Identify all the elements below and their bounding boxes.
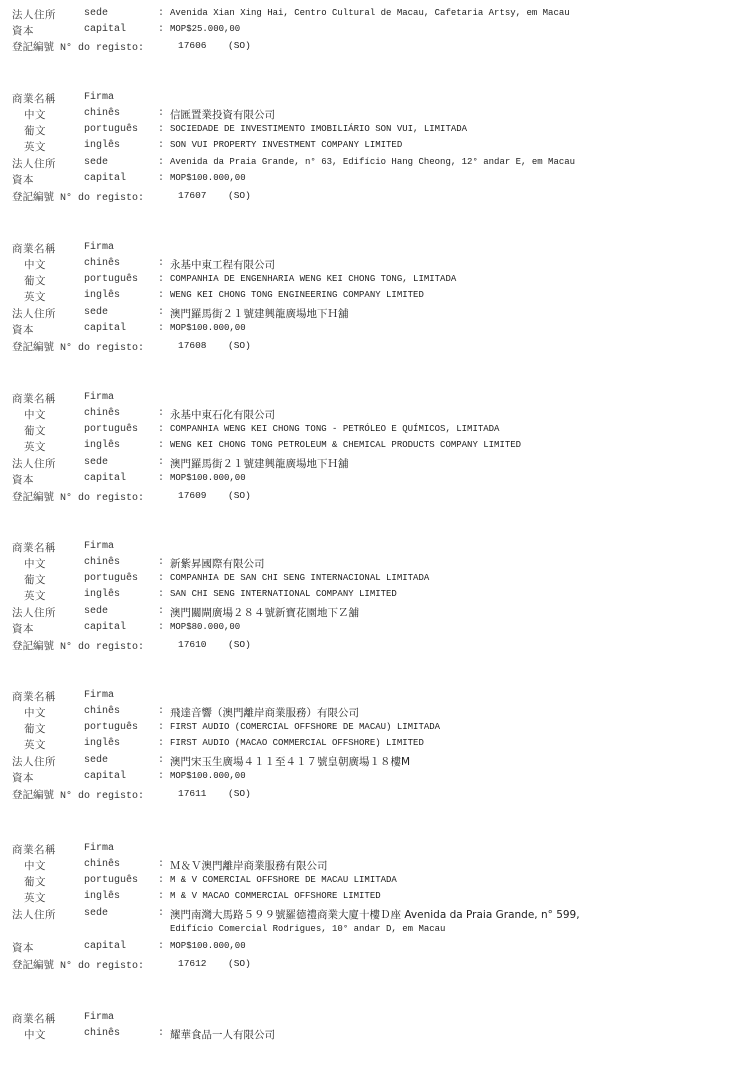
portugues-row: 葡文 português : COMPANHIA WENG KEI CHONG … (0, 422, 732, 438)
registo-row: 登記編號 N° do registo: 17612 (SO) (0, 956, 732, 972)
sede-row: 法人住所 sede : 澳門羅馬街２１號建興龍廣場地下Ｈ舖 (0, 305, 732, 321)
portugues-label-pt: português (84, 124, 138, 135)
portugues-label-zh: 葡文 (24, 273, 46, 288)
chines-value: 新紫昇國際有限公司 (170, 556, 265, 571)
capital-value: MOP$100.000,00 (170, 323, 246, 333)
chines-value: 信匯置業投資有限公司 (170, 107, 275, 122)
registo-suffix: (SO) (228, 788, 251, 799)
registo-number: 17612 (178, 958, 207, 969)
registo-label: 登記編號 N° do registo: (12, 787, 144, 802)
portugues-value: COMPANHIA DE ENGENHARIA WENG KEI CHONG T… (170, 274, 456, 284)
sede-row: 法人住所 sede : 澳門羅馬街２１號建興龍廣場地下Ｈ舖 (0, 455, 732, 471)
chines-label-pt: chinês (84, 258, 120, 269)
registo-label: 登記編號 N° do registo: (12, 189, 144, 204)
firma-label-zh: 商業名稱 (12, 91, 56, 106)
capital-row: 資本 capital : MOP$100.000,00 (0, 939, 732, 955)
colon: : (158, 908, 164, 919)
colon: : (158, 606, 164, 617)
registo-label-zh: 登記編號 (12, 41, 54, 53)
portugues-row: 葡文 português : SOCIEDADE DE INVESTIMENTO… (0, 122, 732, 138)
colon: : (158, 557, 164, 568)
ingles-label-pt: inglês (84, 440, 120, 451)
chines-label-zh: 中文 (24, 705, 46, 720)
chines-value: 永基中東工程有限公司 (170, 257, 275, 272)
colon: : (158, 307, 164, 318)
sede-row: 法人住所 sede : 澳門關閘廣場２８４號新寶花園地下Ｚ舖 (0, 604, 732, 620)
capital-label-zh: 資本 (12, 472, 34, 487)
capital-label-pt: capital (84, 173, 126, 184)
capital-value: MOP$100.000,00 (170, 771, 246, 781)
ingles-row: 英文 inglês : M & V MACAO COMMERCIAL OFFSH… (0, 889, 732, 905)
ingles-label-pt: inglês (84, 589, 120, 600)
colon: : (158, 274, 164, 285)
colon: : (158, 440, 164, 451)
firma-row: 商業名稱 Firma (0, 390, 732, 406)
registo-suffix: (SO) (228, 639, 251, 650)
firma-label-pt: Firma (84, 392, 114, 403)
firma-row: 商業名稱 Firma (0, 539, 732, 555)
capital-row: 資本 capital : MOP$80.000,00 (0, 620, 732, 636)
sede-value: 澳門關閘廣場２８４號新寶花園地下Ｚ舖 (170, 605, 359, 620)
capital-label-pt: capital (84, 941, 126, 952)
firma-label-pt: Firma (84, 1012, 114, 1023)
colon: : (158, 1028, 164, 1039)
ingles-row: 英文 inglês : SON VUI PROPERTY INVESTMENT … (0, 138, 732, 154)
firma-label-zh: 商業名稱 (12, 241, 56, 256)
registo-label-pt: N° do registo: (60, 961, 144, 972)
registo-label-pt: N° do registo: (60, 43, 144, 54)
portugues-label-pt: português (84, 274, 138, 285)
sede-label-pt: sede (84, 157, 108, 168)
colon: : (158, 771, 164, 782)
colon: : (158, 408, 164, 419)
registo-label: 登記編號 N° do registo: (12, 957, 144, 972)
capital-label-zh: 資本 (12, 23, 34, 38)
chines-label-pt: chinês (84, 108, 120, 119)
ingles-label-pt: inglês (84, 140, 120, 151)
registo-label-pt: N° do registo: (60, 343, 144, 354)
sede-value: Avenida Xian Xing Hai, Centro Cultural d… (170, 8, 570, 18)
capital-label-zh: 資本 (12, 770, 34, 785)
ingles-value: WENG KEI CHONG TONG ENGINEERING COMPANY … (170, 290, 424, 300)
ingles-value: SON VUI PROPERTY INVESTMENT COMPANY LIMI… (170, 140, 402, 150)
colon: : (158, 457, 164, 468)
registo-number: 17610 (178, 639, 207, 650)
registo-label: 登記編號 N° do registo: (12, 339, 144, 354)
firma-label-pt: Firma (84, 92, 114, 103)
firma-label-pt: Firma (84, 843, 114, 854)
registo-row: 登記編號 N° do registo: 17611 (SO) (0, 786, 732, 802)
colon: : (158, 875, 164, 886)
firma-label-zh: 商業名稱 (12, 842, 56, 857)
capital-value: MOP$80.000,00 (170, 622, 240, 632)
firma-row: 商業名稱 Firma (0, 688, 732, 704)
registo-suffix: (SO) (228, 190, 251, 201)
ingles-label-zh: 英文 (24, 737, 46, 752)
capital-row: 資本 capital : MOP$100.000,00 (0, 769, 732, 785)
ingles-value: FIRST AUDIO (MACAO COMMERCIAL OFFSHORE) … (170, 738, 424, 748)
colon: : (158, 108, 164, 119)
firma-label-zh: 商業名稱 (12, 689, 56, 704)
sede-label-pt: sede (84, 908, 108, 919)
firma-row: 商業名稱 Firma (0, 1010, 732, 1026)
portugues-label-zh: 葡文 (24, 721, 46, 736)
registo-number: 17609 (178, 490, 207, 501)
ingles-value: M & V MACAO COMMERCIAL OFFSHORE LIMITED (170, 891, 381, 901)
sede-row: 法人住所 sede : Avenida da Praia Grande, n° … (0, 155, 732, 171)
registo-label-zh: 登記編號 (12, 191, 54, 203)
sede-label-pt: sede (84, 755, 108, 766)
sede-value: 澳門南灣大馬路５９９號羅德禮商業大廈十樓Ｄ座 Avenida da Praia … (170, 907, 580, 922)
capital-label-zh: 資本 (12, 940, 34, 955)
chines-row: 中文 chinês : 耀華食品一人有限公司 (0, 1026, 732, 1042)
chines-label-zh: 中文 (24, 556, 46, 571)
sede-row: 法人住所 sede : Avenida Xian Xing Hai, Centr… (0, 6, 732, 22)
registo-label-pt: N° do registo: (60, 193, 144, 204)
chines-row: 中文 chinês : 永基中東石化有限公司 (0, 406, 732, 422)
capital-label-pt: capital (84, 323, 126, 334)
registo-label-zh: 登記編號 (12, 789, 54, 801)
ingles-value: SAN CHI SENG INTERNATIONAL COMPANY LIMIT… (170, 589, 397, 599)
chines-label-pt: chinês (84, 408, 120, 419)
ingles-row: 英文 inglês : WENG KEI CHONG TONG ENGINEER… (0, 288, 732, 304)
colon: : (158, 891, 164, 902)
portugues-value: FIRST AUDIO (COMERCIAL OFFSHORE DE MACAU… (170, 722, 440, 732)
chines-label-zh: 中文 (24, 1027, 46, 1042)
portugues-value: SOCIEDADE DE INVESTIMENTO IMOBILIÁRIO SO… (170, 124, 467, 134)
colon: : (158, 24, 164, 35)
capital-value: MOP$100.000,00 (170, 173, 246, 183)
colon: : (158, 157, 164, 168)
capital-label-zh: 資本 (12, 621, 34, 636)
registo-label-zh: 登記編號 (12, 640, 54, 652)
colon: : (158, 323, 164, 334)
sede-row: 法人住所 sede : 澳門南灣大馬路５９９號羅德禮商業大廈十樓Ｄ座 Aveni… (0, 906, 732, 922)
sede-label-zh: 法人住所 (12, 754, 56, 769)
firma-row: 商業名稱 Firma (0, 90, 732, 106)
capital-row: 資本 capital : MOP$100.000,00 (0, 471, 732, 487)
chines-row: 中文 chinês : 飛達音響（澳門離岸商業服務）有限公司 (0, 704, 732, 720)
capital-row: 資本 capital : MOP$100.000,00 (0, 171, 732, 187)
capital-label-pt: capital (84, 622, 126, 633)
portugues-label-pt: português (84, 722, 138, 733)
sede-label-pt: sede (84, 8, 108, 19)
capital-label-pt: capital (84, 473, 126, 484)
registo-suffix: (SO) (228, 958, 251, 969)
chines-row: 中文 chinês : Ｍ＆Ｖ澳門離岸商業服務有限公司 (0, 857, 732, 873)
registo-row: 登記編號 N° do registo: 17608 (SO) (0, 338, 732, 354)
capital-value: MOP$100.000,00 (170, 941, 246, 951)
colon: : (158, 722, 164, 733)
capital-value: MOP$25.000,00 (170, 24, 240, 34)
colon: : (158, 140, 164, 151)
firma-row: 商業名稱 Firma (0, 841, 732, 857)
capital-row: 資本 capital : MOP$25.000,00 (0, 22, 732, 38)
sede-continuation-row: Edifício Comercial Rodrigues, 10° andar … (0, 922, 732, 938)
capital-label-pt: capital (84, 771, 126, 782)
registo-row: 登記編號 N° do registo: 17606 (SO) (0, 38, 732, 54)
colon: : (158, 941, 164, 952)
capital-label-pt: capital (84, 24, 126, 35)
colon: : (158, 258, 164, 269)
chines-label-pt: chinês (84, 557, 120, 568)
registo-label: 登記編號 N° do registo: (12, 638, 144, 653)
colon: : (158, 473, 164, 484)
sede-value: 澳門羅馬街２１號建興龍廣場地下Ｈ舖 (170, 306, 349, 321)
colon: : (158, 290, 164, 301)
chines-label-zh: 中文 (24, 858, 46, 873)
ingles-row: 英文 inglês : WENG KEI CHONG TONG PETROLEU… (0, 438, 732, 454)
sede-label-zh: 法人住所 (12, 456, 56, 471)
registo-label-pt: N° do registo: (60, 791, 144, 802)
portugues-label-zh: 葡文 (24, 572, 46, 587)
registo-suffix: (SO) (228, 40, 251, 51)
sede-row: 法人住所 sede : 澳門宋玉生廣場４１１至４１７號皇朝廣場１８樓M (0, 753, 732, 769)
sede-label-zh: 法人住所 (12, 7, 56, 22)
sede-label-pt: sede (84, 457, 108, 468)
portugues-value: M & V COMERCIAL OFFSHORE DE MACAU LIMITA… (170, 875, 397, 885)
chines-row: 中文 chinês : 永基中東工程有限公司 (0, 256, 732, 272)
portugues-label-zh: 葡文 (24, 423, 46, 438)
ingles-label-pt: inglês (84, 290, 120, 301)
registo-row: 登記編號 N° do registo: 17610 (SO) (0, 637, 732, 653)
sede-label-zh: 法人住所 (12, 156, 56, 171)
colon: : (158, 573, 164, 584)
ingles-label-pt: inglês (84, 891, 120, 902)
ingles-row: 英文 inglês : FIRST AUDIO (MACAO COMMERCIA… (0, 736, 732, 752)
portugues-row: 葡文 português : FIRST AUDIO (COMERCIAL OF… (0, 720, 732, 736)
registo-label-zh: 登記編號 (12, 491, 54, 503)
ingles-label-zh: 英文 (24, 289, 46, 304)
registo-number: 17608 (178, 340, 207, 351)
chines-value: 耀華食品一人有限公司 (170, 1027, 275, 1042)
firma-label-pt: Firma (84, 541, 114, 552)
registo-number: 17606 (178, 40, 207, 51)
chines-label-pt: chinês (84, 706, 120, 717)
ingles-label-zh: 英文 (24, 588, 46, 603)
firma-label-zh: 商業名稱 (12, 1011, 56, 1026)
capital-label-zh: 資本 (12, 322, 34, 337)
chines-value: 飛達音響（澳門離岸商業服務）有限公司 (170, 705, 359, 720)
sede-label-pt: sede (84, 606, 108, 617)
chines-row: 中文 chinês : 信匯置業投資有限公司 (0, 106, 732, 122)
ingles-row: 英文 inglês : SAN CHI SENG INTERNATIONAL C… (0, 587, 732, 603)
sede-value: Avenida da Praia Grande, n° 63, Edifício… (170, 157, 575, 167)
sede-value: 澳門羅馬街２１號建興龍廣場地下Ｈ舖 (170, 456, 349, 471)
capital-value: MOP$100.000,00 (170, 473, 246, 483)
sede-label-zh: 法人住所 (12, 907, 56, 922)
registo-label: 登記編號 N° do registo: (12, 39, 144, 54)
portugues-row: 葡文 português : COMPANHIA DE SAN CHI SENG… (0, 571, 732, 587)
chines-label-zh: 中文 (24, 407, 46, 422)
portugues-label-pt: português (84, 573, 138, 584)
chines-label-zh: 中文 (24, 257, 46, 272)
registo-label-zh: 登記編號 (12, 959, 54, 971)
ingles-value: WENG KEI CHONG TONG PETROLEUM & CHEMICAL… (170, 440, 521, 450)
registry-page: 法人住所 sede : Avenida Xian Xing Hai, Centr… (0, 0, 732, 1065)
registo-label-zh: 登記編號 (12, 341, 54, 353)
registo-label: 登記編號 N° do registo: (12, 489, 144, 504)
ingles-label-zh: 英文 (24, 890, 46, 905)
ingles-label-zh: 英文 (24, 139, 46, 154)
sede-value-line2: Edifício Comercial Rodrigues, 10° andar … (170, 924, 445, 934)
colon: : (158, 859, 164, 870)
registo-suffix: (SO) (228, 490, 251, 501)
colon: : (158, 124, 164, 135)
registo-label-pt: N° do registo: (60, 493, 144, 504)
colon: : (158, 173, 164, 184)
colon: : (158, 738, 164, 749)
firma-label-pt: Firma (84, 690, 114, 701)
portugues-value: COMPANHIA DE SAN CHI SENG INTERNACIONAL … (170, 573, 429, 583)
capital-row: 資本 capital : MOP$100.000,00 (0, 321, 732, 337)
registo-number: 17611 (178, 788, 207, 799)
registo-suffix: (SO) (228, 340, 251, 351)
colon: : (158, 8, 164, 19)
chines-label-zh: 中文 (24, 107, 46, 122)
chines-label-pt: chinês (84, 1028, 120, 1039)
ingles-label-zh: 英文 (24, 439, 46, 454)
portugues-label-pt: português (84, 424, 138, 435)
firma-label-zh: 商業名稱 (12, 391, 56, 406)
sede-label-zh: 法人住所 (12, 306, 56, 321)
firma-label-zh: 商業名稱 (12, 540, 56, 555)
chines-value: 永基中東石化有限公司 (170, 407, 275, 422)
registo-label-pt: N° do registo: (60, 642, 144, 653)
firma-label-pt: Firma (84, 242, 114, 253)
colon: : (158, 622, 164, 633)
registo-number: 17607 (178, 190, 207, 201)
firma-row: 商業名稱 Firma (0, 240, 732, 256)
registo-row: 登記編號 N° do registo: 17609 (SO) (0, 488, 732, 504)
portugues-value: COMPANHIA WENG KEI CHONG TONG - PETRÓLEO… (170, 424, 499, 434)
portugues-label-pt: português (84, 875, 138, 886)
portugues-label-zh: 葡文 (24, 123, 46, 138)
registo-row: 登記編號 N° do registo: 17607 (SO) (0, 188, 732, 204)
sede-label-zh: 法人住所 (12, 605, 56, 620)
capital-label-zh: 資本 (12, 172, 34, 187)
ingles-label-pt: inglês (84, 738, 120, 749)
chines-label-pt: chinês (84, 859, 120, 870)
colon: : (158, 755, 164, 766)
colon: : (158, 589, 164, 600)
portugues-row: 葡文 português : COMPANHIA DE ENGENHARIA W… (0, 272, 732, 288)
chines-value: Ｍ＆Ｖ澳門離岸商業服務有限公司 (170, 858, 328, 873)
sede-value: 澳門宋玉生廣場４１１至４１７號皇朝廣場１８樓M (170, 754, 410, 769)
colon: : (158, 424, 164, 435)
portugues-label-zh: 葡文 (24, 874, 46, 889)
portugues-row: 葡文 português : M & V COMERCIAL OFFSHORE … (0, 873, 732, 889)
chines-row: 中文 chinês : 新紫昇國際有限公司 (0, 555, 732, 571)
sede-label-pt: sede (84, 307, 108, 318)
colon: : (158, 706, 164, 717)
